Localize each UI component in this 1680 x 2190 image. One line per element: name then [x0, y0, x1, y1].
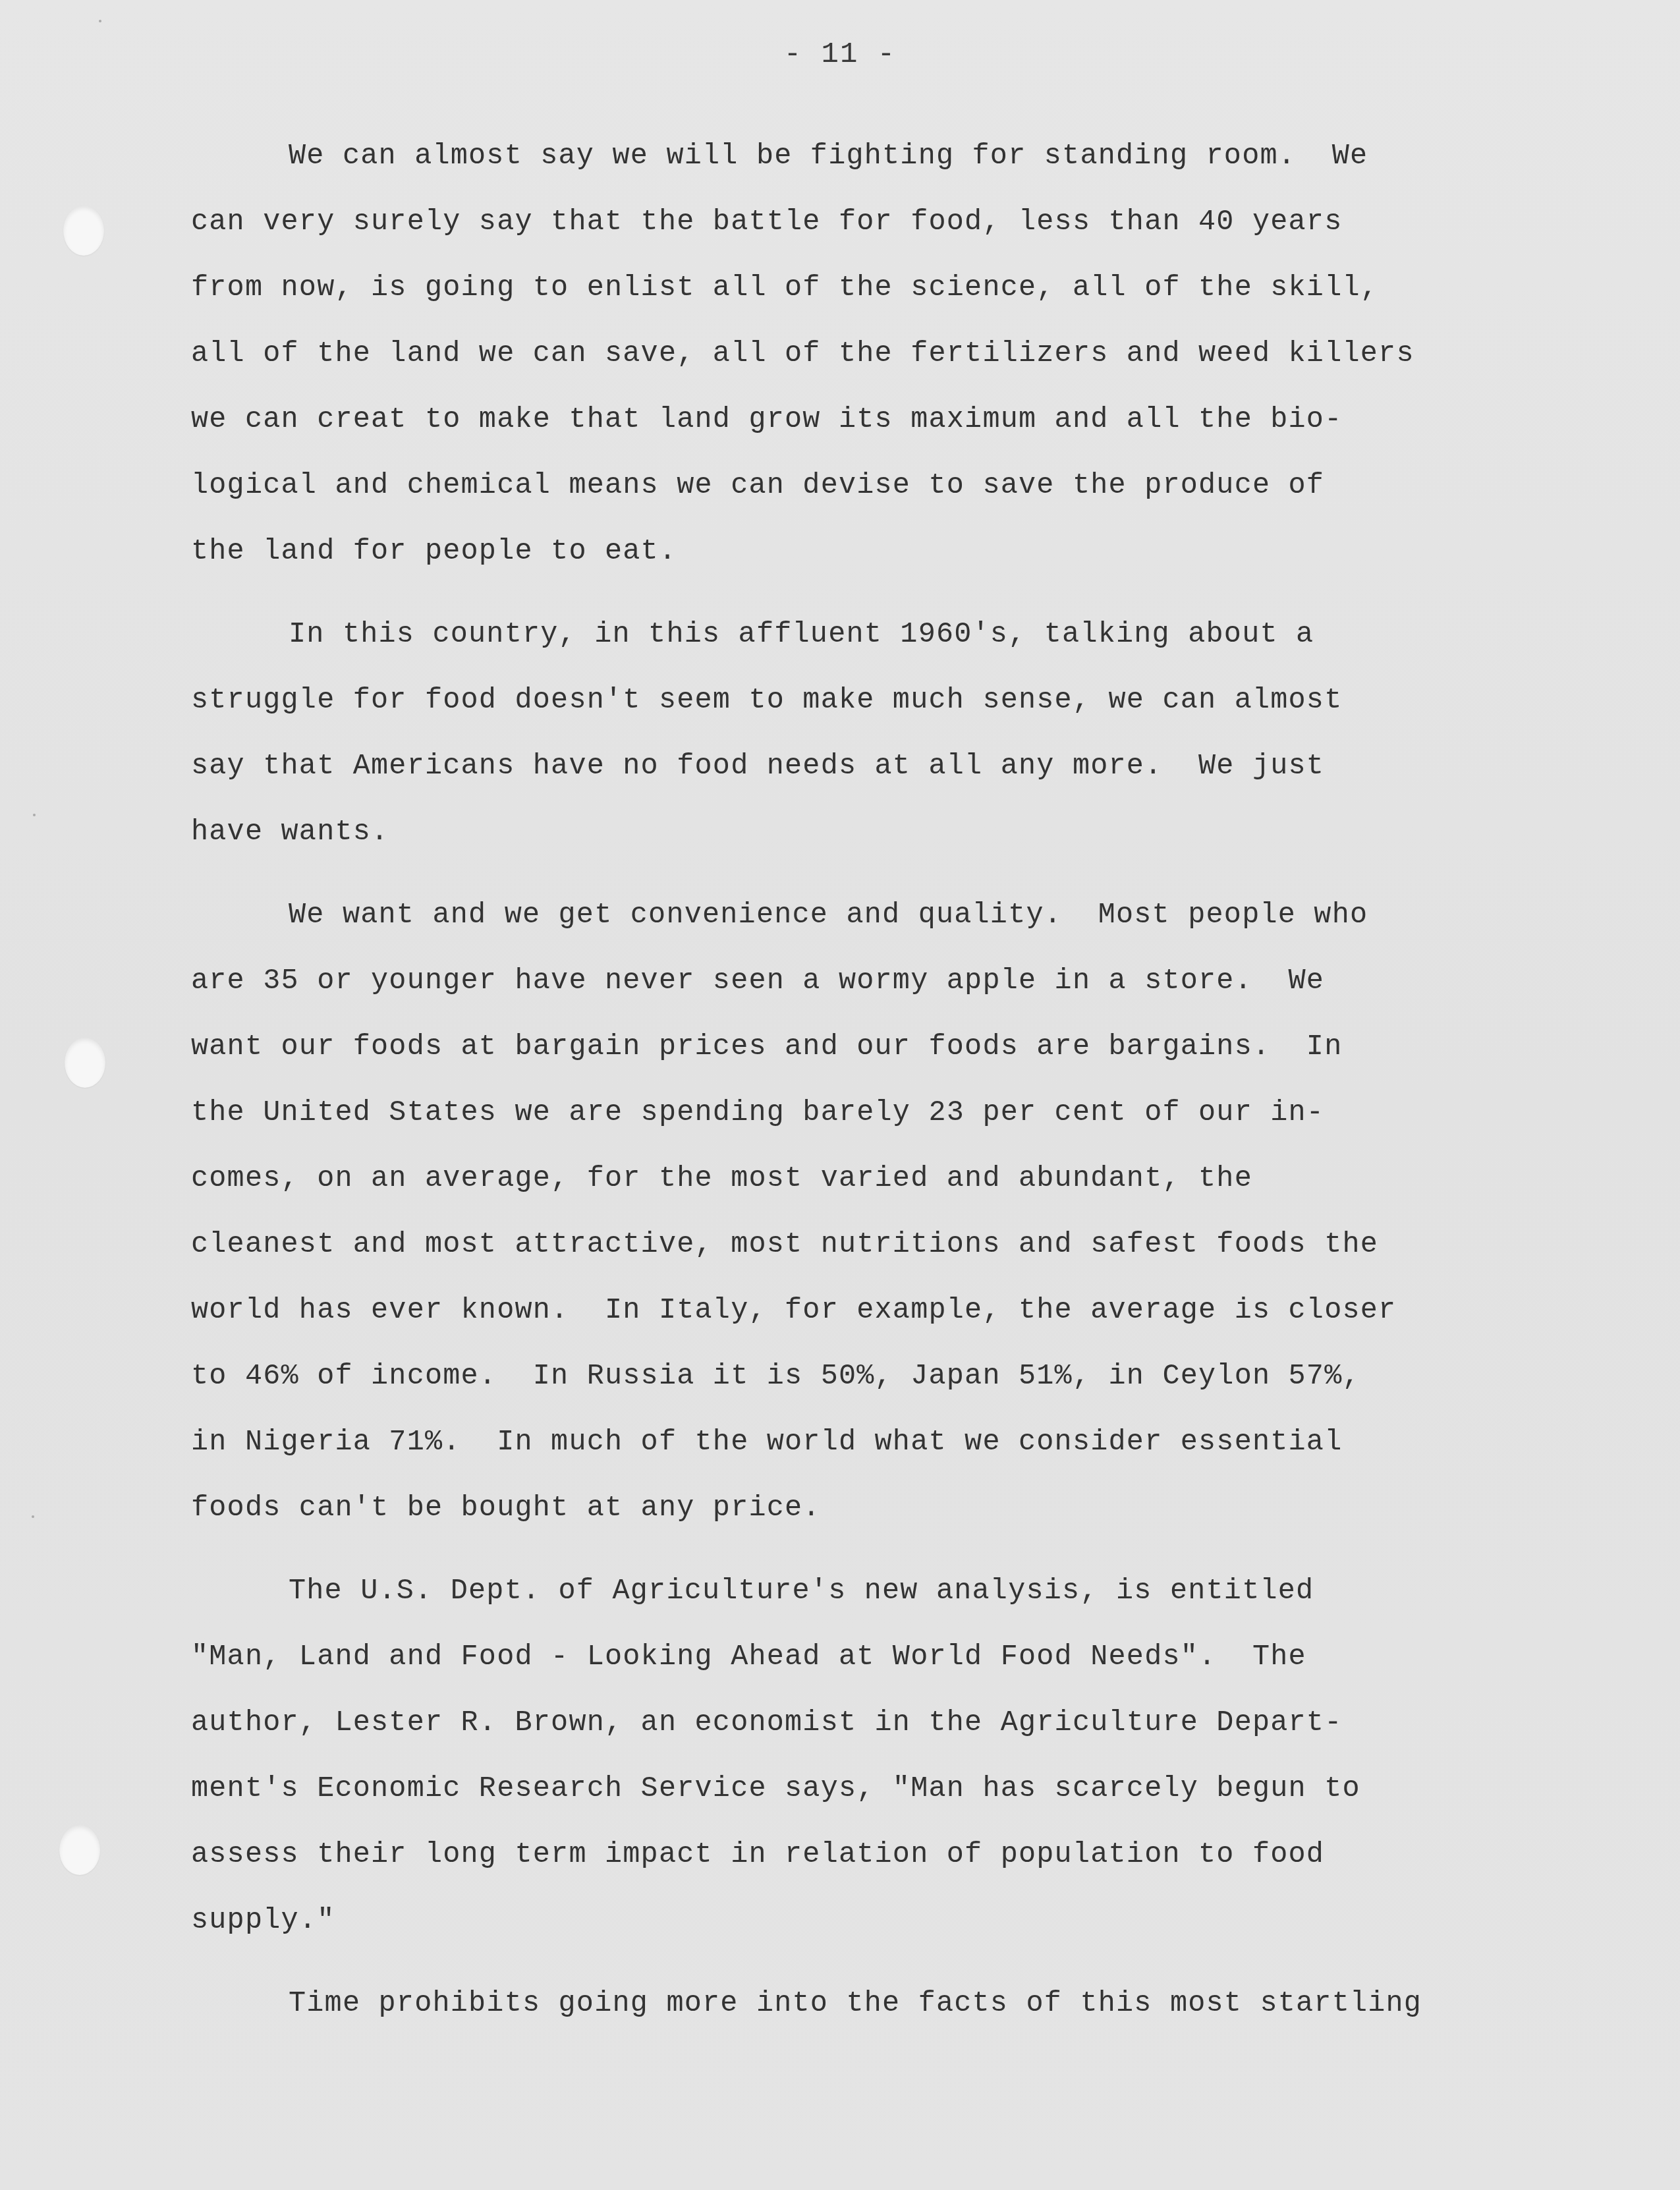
text-line: from now, is going to enlist all of the … — [191, 264, 1561, 329]
document-page: - 11 - We can almost say we will be figh… — [0, 0, 1680, 2190]
paragraph-affluent-1960s: In this country, in this affluent 1960's… — [191, 610, 1561, 858]
text-line: can very surely say that the battle for … — [191, 198, 1561, 264]
body-text: We can almost say we will be fighting fo… — [191, 132, 1561, 2062]
text-line: the United States we are spending barely… — [191, 1088, 1561, 1154]
text-line: supply." — [191, 1896, 1561, 1946]
text-line: struggle for food doesn't seem to make m… — [191, 676, 1561, 742]
text-line: want our foods at bargain prices and our… — [191, 1023, 1561, 1088]
text-line: in Nigeria 71%. In much of the world wha… — [191, 1418, 1561, 1484]
paragraph-usda-analysis: The U.S. Dept. of Agriculture's new anal… — [191, 1567, 1561, 1946]
page-number: - 11 - — [0, 38, 1680, 71]
text-line: We can almost say we will be fighting fo… — [191, 132, 1561, 198]
margin-speck — [99, 20, 101, 22]
punch-hole-top — [63, 206, 104, 256]
text-line: the land for people to eat. — [191, 527, 1561, 577]
text-line: In this country, in this affluent 1960's… — [191, 610, 1561, 676]
punch-hole-bottom — [59, 1825, 100, 1875]
text-line: "Man, Land and Food - Looking Ahead at W… — [191, 1633, 1561, 1699]
text-line: are 35 or younger have never seen a worm… — [191, 957, 1561, 1023]
text-line: comes, on an average, for the most varie… — [191, 1154, 1561, 1220]
text-line: Time prohibits going more into the facts… — [191, 1979, 1561, 2029]
text-line: The U.S. Dept. of Agriculture's new anal… — [191, 1567, 1561, 1633]
text-line: ment's Economic Research Service says, "… — [191, 1764, 1561, 1830]
text-line: cleanest and most attractive, most nutri… — [191, 1220, 1561, 1286]
margin-speck — [32, 1515, 34, 1518]
paragraph-standing-room: We can almost say we will be fighting fo… — [191, 132, 1561, 577]
punch-hole-middle — [65, 1038, 105, 1088]
text-line: to 46% of income. In Russia it is 50%, J… — [191, 1352, 1561, 1418]
text-line: logical and chemical means we can devise… — [191, 461, 1561, 527]
margin-speck — [33, 814, 36, 816]
text-line: say that Americans have no food needs at… — [191, 742, 1561, 808]
text-line: all of the land we can save, all of the … — [191, 329, 1561, 395]
paragraph-time-prohibits: Time prohibits going more into the facts… — [191, 1979, 1561, 2029]
paragraph-convenience-quality: We want and we get convenience and quali… — [191, 891, 1561, 1534]
text-line: author, Lester R. Brown, an economist in… — [191, 1699, 1561, 1764]
text-line: we can creat to make that land grow its … — [191, 395, 1561, 461]
text-line: assess their long term impact in relatio… — [191, 1830, 1561, 1896]
text-line: We want and we get convenience and quali… — [191, 891, 1561, 957]
text-line: world has ever known. In Italy, for exam… — [191, 1286, 1561, 1352]
text-line: foods can't be bought at any price. — [191, 1484, 1561, 1534]
text-line: have wants. — [191, 808, 1561, 858]
